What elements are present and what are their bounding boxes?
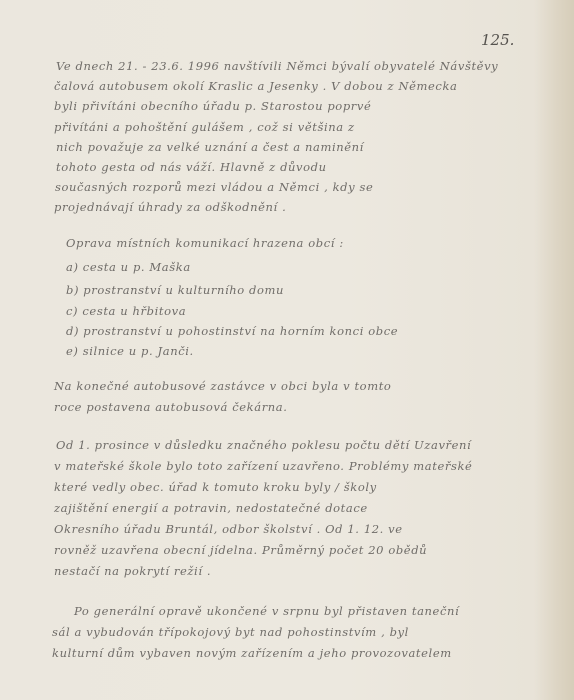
page-number: 125. <box>481 33 514 48</box>
text-line: v mateřské škole bylo toto zařízení uzav… <box>54 461 472 473</box>
text-line: Po generální opravě ukončené v srpnu byl… <box>74 606 459 618</box>
list-item: a) cesta u p. Maška <box>66 262 191 274</box>
text-line: kulturní dům vybaven novým zařízením a j… <box>52 648 452 660</box>
text-line: sál a vybudován třípokojový byt nad poho… <box>52 627 409 639</box>
text-line: rovněž uzavřena obecní jídelna. Průměrný… <box>54 545 427 557</box>
text-line: nestačí na pokrytí režií . <box>54 566 211 578</box>
text-line: Ve dnech 21. - 23.6. 1996 navštívili Něm… <box>56 61 498 73</box>
text-line: Od 1. prosince v důsledku značného pokle… <box>56 440 471 452</box>
list-item: e) silnice u p. Janči. <box>66 346 194 358</box>
text-line: současných rozporů mezi vládou a Němci ,… <box>55 182 373 194</box>
text-line: zajištění energií a potravin, nedostateč… <box>54 503 368 515</box>
list-item: c) cesta u hřbitova <box>66 306 186 318</box>
list-heading: Oprava místních komunikací hrazena obcí … <box>66 238 344 250</box>
list-item: d) prostranství u pohostinství na horním… <box>66 326 398 338</box>
list-item: b) prostranství u kulturního domu <box>66 285 284 297</box>
text-line: Na konečné autobusové zastávce v obci by… <box>54 381 391 393</box>
text-line: byli přivítáni obecního úřadu p. Starost… <box>54 101 371 113</box>
text-line: čalová autobusem okolí Kraslic a Jesenky… <box>54 81 458 93</box>
handwritten-document-page: 125. Ve dnech 21. - 23.6. 1996 navštívil… <box>0 0 574 700</box>
text-line: nich považuje za velké uznání a čest a n… <box>56 142 364 154</box>
text-line: tohoto gesta od nás váží. Hlavně z důvod… <box>56 162 327 174</box>
text-line: které vedly obec. úřad k tomuto kroku by… <box>54 482 377 494</box>
text-line: Okresního úřadu Bruntál, odbor školství … <box>54 524 403 536</box>
text-line: roce postavena autobusová čekárna. <box>54 402 288 414</box>
text-line: přivítáni a pohoštění gulášem , což si v… <box>54 122 355 134</box>
text-line: projednávají úhrady za odškodnění . <box>54 202 286 214</box>
